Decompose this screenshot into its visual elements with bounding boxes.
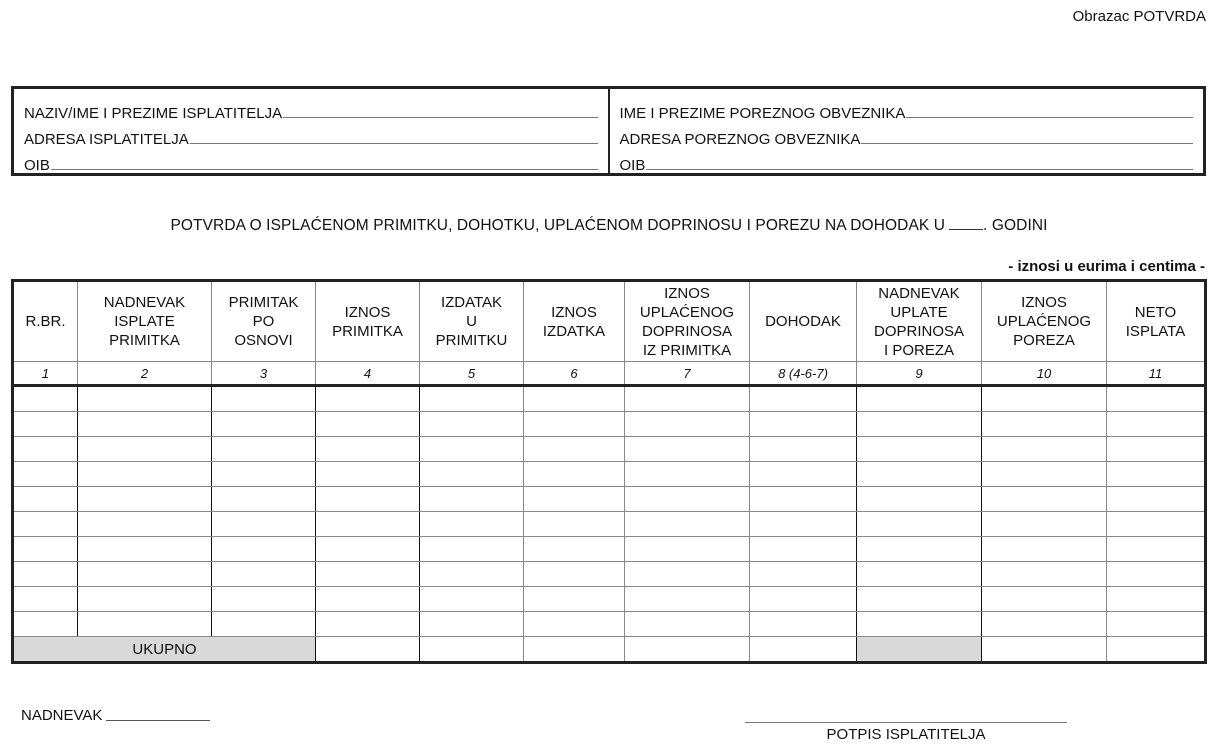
table-cell[interactable] [857, 462, 982, 487]
column-number: 10 [982, 362, 1107, 386]
column-header: IZDATAKUPRIMITKU [420, 281, 524, 362]
table-cell[interactable] [857, 437, 982, 462]
table-cell[interactable] [982, 386, 1107, 412]
title-suffix: . GODINI [983, 217, 1048, 234]
column-header-line: NADNEVAK [78, 293, 211, 312]
table-cell[interactable] [316, 512, 420, 537]
payer-name-label: NAZIV/IME I PREZIME ISPLATITELJA [24, 105, 282, 122]
table-cell[interactable] [982, 462, 1107, 487]
table-cell[interactable] [420, 462, 524, 487]
table-row [13, 562, 1206, 587]
table-cell[interactable] [982, 612, 1107, 637]
column-header-line: DOPRINOSA [857, 322, 981, 341]
table-cell[interactable] [625, 437, 750, 462]
table-cell[interactable] [13, 412, 78, 437]
table-cell[interactable] [78, 537, 212, 562]
table-row [13, 386, 1206, 412]
payer-address-label: ADRESA ISPLATITELJA [24, 131, 189, 148]
table-cell[interactable] [316, 462, 420, 487]
table-cell[interactable] [13, 587, 78, 612]
table-cell[interactable] [212, 587, 316, 612]
taxpayer-oib-label: OIB [620, 157, 646, 174]
payer-address-line: ADRESA ISPLATITELJA [24, 122, 598, 148]
column-header: NADNEVAKUPLATEDOPRINOSAI POREZA [857, 281, 982, 362]
table-cell[interactable] [625, 412, 750, 437]
table-cell[interactable] [524, 412, 625, 437]
table-cell[interactable] [982, 437, 1107, 462]
table-cell[interactable] [13, 512, 78, 537]
table-cell[interactable] [1107, 537, 1206, 562]
table-cell[interactable] [524, 612, 625, 637]
table-cell[interactable] [750, 562, 857, 587]
table-cell[interactable] [857, 612, 982, 637]
table-cell[interactable] [857, 412, 982, 437]
signature-field[interactable] [745, 722, 1067, 723]
table-cell[interactable] [1107, 587, 1206, 612]
payer-address-field[interactable] [190, 143, 598, 144]
table-row [13, 537, 1206, 562]
title-prefix: POTVRDA O ISPLAĆENOM PRIMITKU, DOHOTKU, … [170, 217, 945, 234]
column-header-line: PRIMITKA [78, 331, 211, 350]
date-label: NADNEVAK [21, 707, 102, 724]
total-cell-disabled [857, 637, 982, 663]
table-cell[interactable] [1107, 612, 1206, 637]
taxpayer-oib-field[interactable] [646, 169, 1193, 170]
payer-name-line: NAZIV/IME I PREZIME ISPLATITELJA [24, 96, 598, 122]
table-cell[interactable] [625, 462, 750, 487]
signature-label: POTPIS ISPLATITELJA [745, 726, 1067, 743]
column-header-line: ISPLATA [1107, 322, 1204, 341]
table-cell[interactable] [524, 487, 625, 512]
table-cell[interactable] [857, 562, 982, 587]
table-cell[interactable] [420, 612, 524, 637]
table-cell[interactable] [212, 462, 316, 487]
table-cell[interactable] [13, 562, 78, 587]
column-header: NETOISPLATA [1107, 281, 1206, 362]
table-cell[interactable] [750, 487, 857, 512]
table-cell[interactable] [750, 462, 857, 487]
table-cell[interactable] [316, 587, 420, 612]
taxpayer-oib-line: OIB [620, 148, 1194, 174]
column-header-line: UPLATE [857, 303, 981, 322]
form-code: Obrazac POTVRDA [1073, 8, 1206, 25]
column-header-line: I POREZA [857, 341, 981, 360]
column-header-line: IZNOS [625, 284, 749, 303]
table-cell[interactable] [982, 512, 1107, 537]
income-table: R.BR.NADNEVAKISPLATEPRIMITKAPRIMITAKPOOS… [11, 279, 1207, 664]
table-cell[interactable] [316, 487, 420, 512]
table-cell[interactable] [316, 412, 420, 437]
total-cell[interactable] [1107, 637, 1206, 663]
table-cell[interactable] [420, 412, 524, 437]
column-number: 8 (4-6-7) [750, 362, 857, 386]
table-cell[interactable] [212, 437, 316, 462]
table-cell[interactable] [750, 587, 857, 612]
table-cell[interactable] [78, 412, 212, 437]
table-cell[interactable] [857, 587, 982, 612]
date-field[interactable] [106, 706, 210, 721]
table-cell[interactable] [750, 512, 857, 537]
year-field[interactable] [949, 217, 983, 230]
taxpayer-name-field[interactable] [906, 117, 1193, 118]
payer-name-field[interactable] [283, 117, 597, 118]
table-cell[interactable] [13, 487, 78, 512]
column-header-line: OSNOVI [212, 331, 315, 350]
column-number: 6 [524, 362, 625, 386]
table-cell[interactable] [420, 386, 524, 412]
table-cell[interactable] [982, 412, 1107, 437]
column-header: IZNOSUPLAĆENOGPOREZA [982, 281, 1107, 362]
column-number: 5 [420, 362, 524, 386]
column-header-line: POREZA [982, 331, 1106, 350]
table-cell[interactable] [1107, 562, 1206, 587]
table-cell[interactable] [625, 512, 750, 537]
table-cell[interactable] [524, 537, 625, 562]
column-header: DOHODAK [750, 281, 857, 362]
total-cell[interactable] [982, 637, 1107, 663]
taxpayer-section: IME I PREZIME POREZNOG OBVEZNIKA ADRESA … [608, 89, 1204, 173]
taxpayer-address-field[interactable] [861, 143, 1193, 144]
column-header-line: PRIMITAK [212, 293, 315, 312]
total-cell[interactable] [524, 637, 625, 663]
table-cell[interactable] [524, 462, 625, 487]
payer-oib-label: OIB [24, 157, 50, 174]
column-header-line: DOHODAK [750, 312, 856, 331]
payer-oib-field[interactable] [51, 169, 598, 170]
table-cell[interactable] [420, 537, 524, 562]
table-cell[interactable] [212, 512, 316, 537]
column-header-line: IZDATKA [524, 322, 624, 341]
table-cell[interactable] [78, 512, 212, 537]
table-cell[interactable] [316, 537, 420, 562]
column-header-line: R.BR. [14, 312, 77, 331]
column-header-line: IZNOS [524, 303, 624, 322]
table-cell[interactable] [625, 587, 750, 612]
payer-section: NAZIV/IME I PREZIME ISPLATITELJA ADRESA … [14, 89, 608, 173]
table-cell[interactable] [78, 562, 212, 587]
table-cell[interactable] [625, 612, 750, 637]
table-cell[interactable] [524, 562, 625, 587]
column-header: NADNEVAKISPLATEPRIMITKA [78, 281, 212, 362]
table-cell[interactable] [1107, 437, 1206, 462]
column-header-line: PRIMITKU [420, 331, 523, 350]
column-number: 7 [625, 362, 750, 386]
table-cell[interactable] [420, 562, 524, 587]
table-row [13, 512, 1206, 537]
column-header-line: NADNEVAK [857, 284, 981, 303]
table-cell[interactable] [420, 487, 524, 512]
unit-note: - iznosi u eurima i centima - [1008, 258, 1205, 275]
column-number-row: 12345678 (4-6-7)91011 [13, 362, 1206, 386]
column-header-line: PO [212, 312, 315, 331]
table-row [13, 587, 1206, 612]
payer-oib-line: OIB [24, 148, 598, 174]
table-cell[interactable] [212, 386, 316, 412]
table-cell[interactable] [1107, 512, 1206, 537]
table-cell[interactable] [1107, 412, 1206, 437]
table-cell[interactable] [524, 386, 625, 412]
header-row: R.BR.NADNEVAKISPLATEPRIMITKAPRIMITAKPOOS… [13, 281, 1206, 362]
table-cell[interactable] [982, 537, 1107, 562]
column-header: IZNOSPRIMITKA [316, 281, 420, 362]
table-cell[interactable] [750, 386, 857, 412]
table-cell[interactable] [857, 537, 982, 562]
table-cell[interactable] [13, 612, 78, 637]
table-cell[interactable] [982, 587, 1107, 612]
total-label: UKUPNO [13, 637, 316, 663]
table-cell[interactable] [524, 587, 625, 612]
table-cell[interactable] [524, 512, 625, 537]
table-cell[interactable] [750, 537, 857, 562]
table-cell[interactable] [625, 487, 750, 512]
column-header: IZNOSUPLAĆENOGDOPRINOSAIZ PRIMITKA [625, 281, 750, 362]
table-cell[interactable] [857, 487, 982, 512]
table-cell[interactable] [750, 437, 857, 462]
table-cell[interactable] [420, 587, 524, 612]
table-cell[interactable] [982, 562, 1107, 587]
column-number: 1 [13, 362, 78, 386]
table-cell[interactable] [78, 386, 212, 412]
table-cell[interactable] [750, 412, 857, 437]
table-cell[interactable] [13, 386, 78, 412]
table-cell[interactable] [13, 537, 78, 562]
table-cell[interactable] [1107, 386, 1206, 412]
table-cell[interactable] [524, 437, 625, 462]
table-cell[interactable] [750, 612, 857, 637]
column-header-line: PRIMITKA [316, 322, 419, 341]
column-header: R.BR. [13, 281, 78, 362]
table-cell[interactable] [625, 537, 750, 562]
table-cell[interactable] [857, 512, 982, 537]
column-number: 3 [212, 362, 316, 386]
taxpayer-address-line: ADRESA POREZNOG OBVEZNIKA [620, 122, 1194, 148]
column-header: IZNOSIZDATKA [524, 281, 625, 362]
column-header-line: IZ PRIMITKA [625, 341, 749, 360]
taxpayer-name-line: IME I PREZIME POREZNOG OBVEZNIKA [620, 96, 1194, 122]
column-header-line: DOPRINOSA [625, 322, 749, 341]
column-number: 9 [857, 362, 982, 386]
table-cell[interactable] [420, 512, 524, 537]
table-row [13, 437, 1206, 462]
table-row [13, 412, 1206, 437]
column-header-line: U [420, 312, 523, 331]
document-title: POTVRDA O ISPLAĆENOM PRIMITKU, DOHOTKU, … [0, 217, 1218, 235]
table-cell[interactable] [78, 487, 212, 512]
table-cell[interactable] [625, 562, 750, 587]
column-header-line: IZNOS [982, 293, 1106, 312]
table-cell[interactable] [1107, 462, 1206, 487]
column-header-line: UPLAĆENOG [982, 312, 1106, 331]
table-cell[interactable] [212, 487, 316, 512]
column-number: 2 [78, 362, 212, 386]
table-cell[interactable] [212, 612, 316, 637]
column-header-line: IZNOS [316, 303, 419, 322]
column-header: PRIMITAKPOOSNOVI [212, 281, 316, 362]
table-row [13, 487, 1206, 512]
table-cell[interactable] [316, 562, 420, 587]
column-header-line: NETO [1107, 303, 1204, 322]
taxpayer-address-label: ADRESA POREZNOG OBVEZNIKA [620, 131, 861, 148]
table-cell[interactable] [1107, 487, 1206, 512]
column-header-line: UPLAĆENOG [625, 303, 749, 322]
table-row [13, 462, 1206, 487]
total-cell[interactable] [316, 637, 420, 663]
table-cell[interactable] [212, 537, 316, 562]
column-number: 11 [1107, 362, 1206, 386]
total-row: UKUPNO [13, 637, 1206, 663]
table-cell[interactable] [78, 462, 212, 487]
table-cell[interactable] [316, 386, 420, 412]
column-number: 4 [316, 362, 420, 386]
table-cell[interactable] [78, 612, 212, 637]
total-cell[interactable] [625, 637, 750, 663]
total-cell[interactable] [750, 637, 857, 663]
parties-box: NAZIV/IME I PREZIME ISPLATITELJA ADRESA … [11, 86, 1206, 176]
table-cell[interactable] [625, 386, 750, 412]
table-cell[interactable] [316, 437, 420, 462]
date-line: NADNEVAK [21, 706, 210, 724]
table-cell[interactable] [212, 562, 316, 587]
column-header-line: IZDATAK [420, 293, 523, 312]
table-cell[interactable] [212, 412, 316, 437]
taxpayer-name-label: IME I PREZIME POREZNOG OBVEZNIKA [620, 105, 906, 122]
table-cell[interactable] [857, 386, 982, 412]
table-cell[interactable] [420, 437, 524, 462]
table-cell[interactable] [982, 487, 1107, 512]
table-row [13, 612, 1206, 637]
table-cell[interactable] [78, 437, 212, 462]
table-cell[interactable] [13, 437, 78, 462]
total-cell[interactable] [420, 637, 524, 663]
column-header-line: ISPLATE [78, 312, 211, 331]
table-cell[interactable] [13, 462, 78, 487]
table-cell[interactable] [316, 612, 420, 637]
table-cell[interactable] [78, 587, 212, 612]
